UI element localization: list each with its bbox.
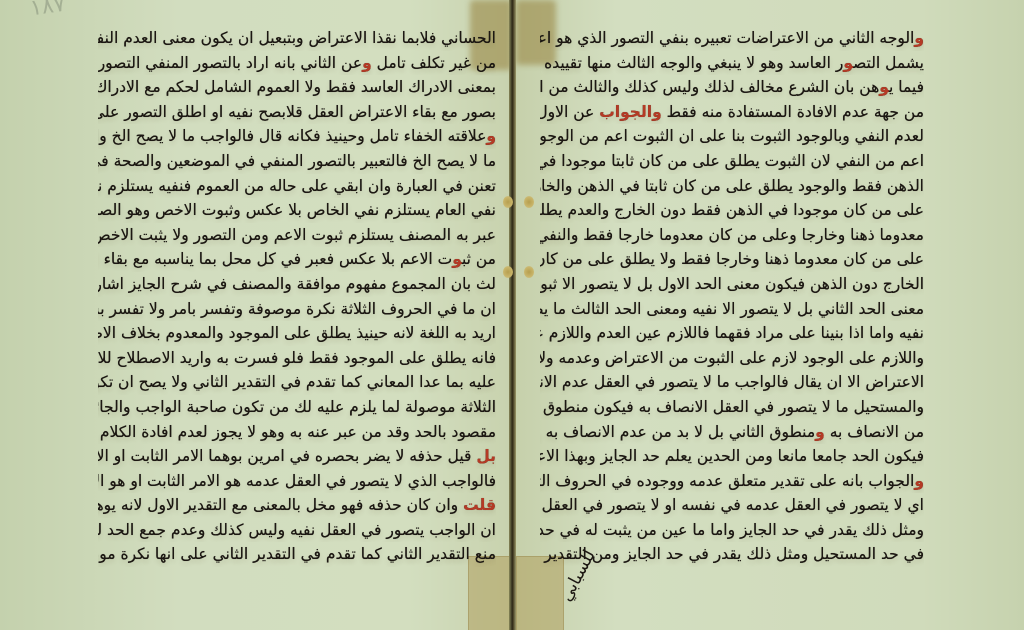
text-line: من الانصاف به ومنطوق الثاني بل لا بد من … [540,420,924,445]
text-line: الخارج دون الذهن فيكون معنى الحد الاول ب… [540,272,924,297]
rubric-word: و [879,78,889,96]
text-line: منع التقدير الثاني كما تقدم في التقدير ا… [98,542,496,567]
rubric-word: و [815,423,825,441]
text-line: بل قيل حذفه لا يضر بحصره في امرين بوهما … [98,444,496,469]
left-page-text: الحساني فلابما نقذا الاعتراض وبتبعيل ان … [98,26,496,567]
rubric-word: و [914,29,924,47]
text-line: فيكون الحد جامعا مانعا ومن الحدين يعلم ح… [540,444,924,469]
rubric-word: و [452,250,462,268]
text-line: من ثبوت الاعم بلا عكس فعبر في كل محل بما… [98,247,496,272]
text-line: تعنن في العبارة وان ابقي على حاله من الع… [98,174,496,199]
text-line: ان الواجب يتصور في العقل نفيه وليس كذلك … [98,518,496,543]
text-line: على من كان موجودا في الذهن فقط دون الخار… [540,198,924,223]
binding-gutter [509,0,516,630]
text-line: واللازم على الوجود لازم على الثبوت من ال… [540,346,924,371]
rubric-word: و [486,127,496,145]
text-line: ان ما في الحروف الثلاثة نكرة موصوفة وتفس… [98,297,496,322]
text-line: والوجه الثاني من الاعتراضات تعبيره بنفي … [540,26,924,51]
text-line: فانه يطلق على الموجود فقط فلو فسرت به وا… [98,346,496,371]
manuscript-spread: ١٨٧ الحساني فلابما نقذا الاعتراض وبتبعيل… [0,0,1024,630]
text-line: الثلاثة موصولة لما يلزم عليه لك من تكون … [98,395,496,420]
text-line: الاعتراض الا ان يقال فالواجب ما لا يتصور… [540,370,924,395]
text-line: معنى الحد الثاني بل لا يتصور الا نفيه وم… [540,297,924,322]
text-line: نفيه واما اذا بنينا على مراد فقهما فاللا… [540,321,924,346]
text-line: لث بان المجموع مفهوم موافقة والمصنف في ش… [98,272,496,297]
binding-hole [503,196,513,208]
text-line: ما لا يصح الخ فالتعبير بالتصور المنفي في… [98,149,496,174]
text-line: والجواب بانه على تقدير متعلق عدمه ووجوده… [540,469,924,494]
text-line: عليه بما عدا المعاني كما تقدم في التقدير… [98,370,496,395]
text-line: يشمل التصور العاسد وهو لا ينبغي والوجه ا… [540,51,924,76]
text-line: نفي العام يستلزم نفي الخاص بلا عكس وثبوت… [98,198,496,223]
binding-hole [503,266,513,278]
text-line: مقصود بالحد وقد من عبر عنه به وهو لا يجو… [98,420,496,445]
rubric-word: و [843,54,853,72]
text-line: اي لا يتصور في العقل عدمه في نفسه او لا … [540,493,924,518]
rubric-word: بل [476,447,496,465]
folio-number: ١٨٧ [28,0,67,21]
text-line: ومثل ذلك يقدر في حد الجايز واما ما عين م… [540,518,924,543]
text-line: بصور مع بقاء الاعتراض العقل قلابصح نفيه … [98,100,496,125]
text-line: فيما يوهن بان الشرع مخالف لذلك وليس كذلك… [540,75,924,100]
rubric-word: و [914,472,924,490]
binding-hole [524,196,534,208]
text-line: عبر به المصنف يستلزم ثبوت الاعم ومن التص… [98,223,496,248]
text-line: اريد به اللغة لانه حينيذ يطلق على الموجو… [98,321,496,346]
rubric-word: قلت [463,496,496,514]
rubric-word: والجواب [599,103,662,121]
text-line: اعم من النفي لان الثبوت يطلق على من كان … [540,149,924,174]
text-line: الذهن فقط والوجود يطلق على من كان ثابتا … [540,174,924,199]
text-line: فالواجب الذي لا يتصور في العقل عدمه هو ا… [98,469,496,494]
text-line: وعلاقته الخفاء تامل وحينيذ فكانه قال فال… [98,124,496,149]
text-line: من جهة عدم الافادة المستفادة منه فقط وال… [540,100,924,125]
binding-hole [524,266,534,278]
text-line: الحساني فلابما نقذا الاعتراض وبتبعيل ان … [98,26,496,51]
right-page-text: والوجه الثاني من الاعتراضات تعبيره بنفي … [540,26,924,567]
repair-tape-left [468,556,514,630]
text-line: بمعنى الادراك العاسد فقط ولا العموم الشا… [98,75,496,100]
text-line: معدوما ذهنا وخارجا وعلى من كان معدوما خا… [540,223,924,248]
rubric-word: و [362,54,372,72]
text-line: من غير تكلف تامل وعن الثاني بانه اراد با… [98,51,496,76]
text-line: على من كان معدوما ذهنا وخارجا فقط ولا يط… [540,247,924,272]
text-line: لعدم النفي وبالوجود الثبوت بنا على ان ال… [540,124,924,149]
text-line: والمستحيل ما لا يتصور في العقل الانصاف ب… [540,395,924,420]
text-line: قلت وان كان حذفه فهو مخل بالمعنى مع التق… [98,493,496,518]
